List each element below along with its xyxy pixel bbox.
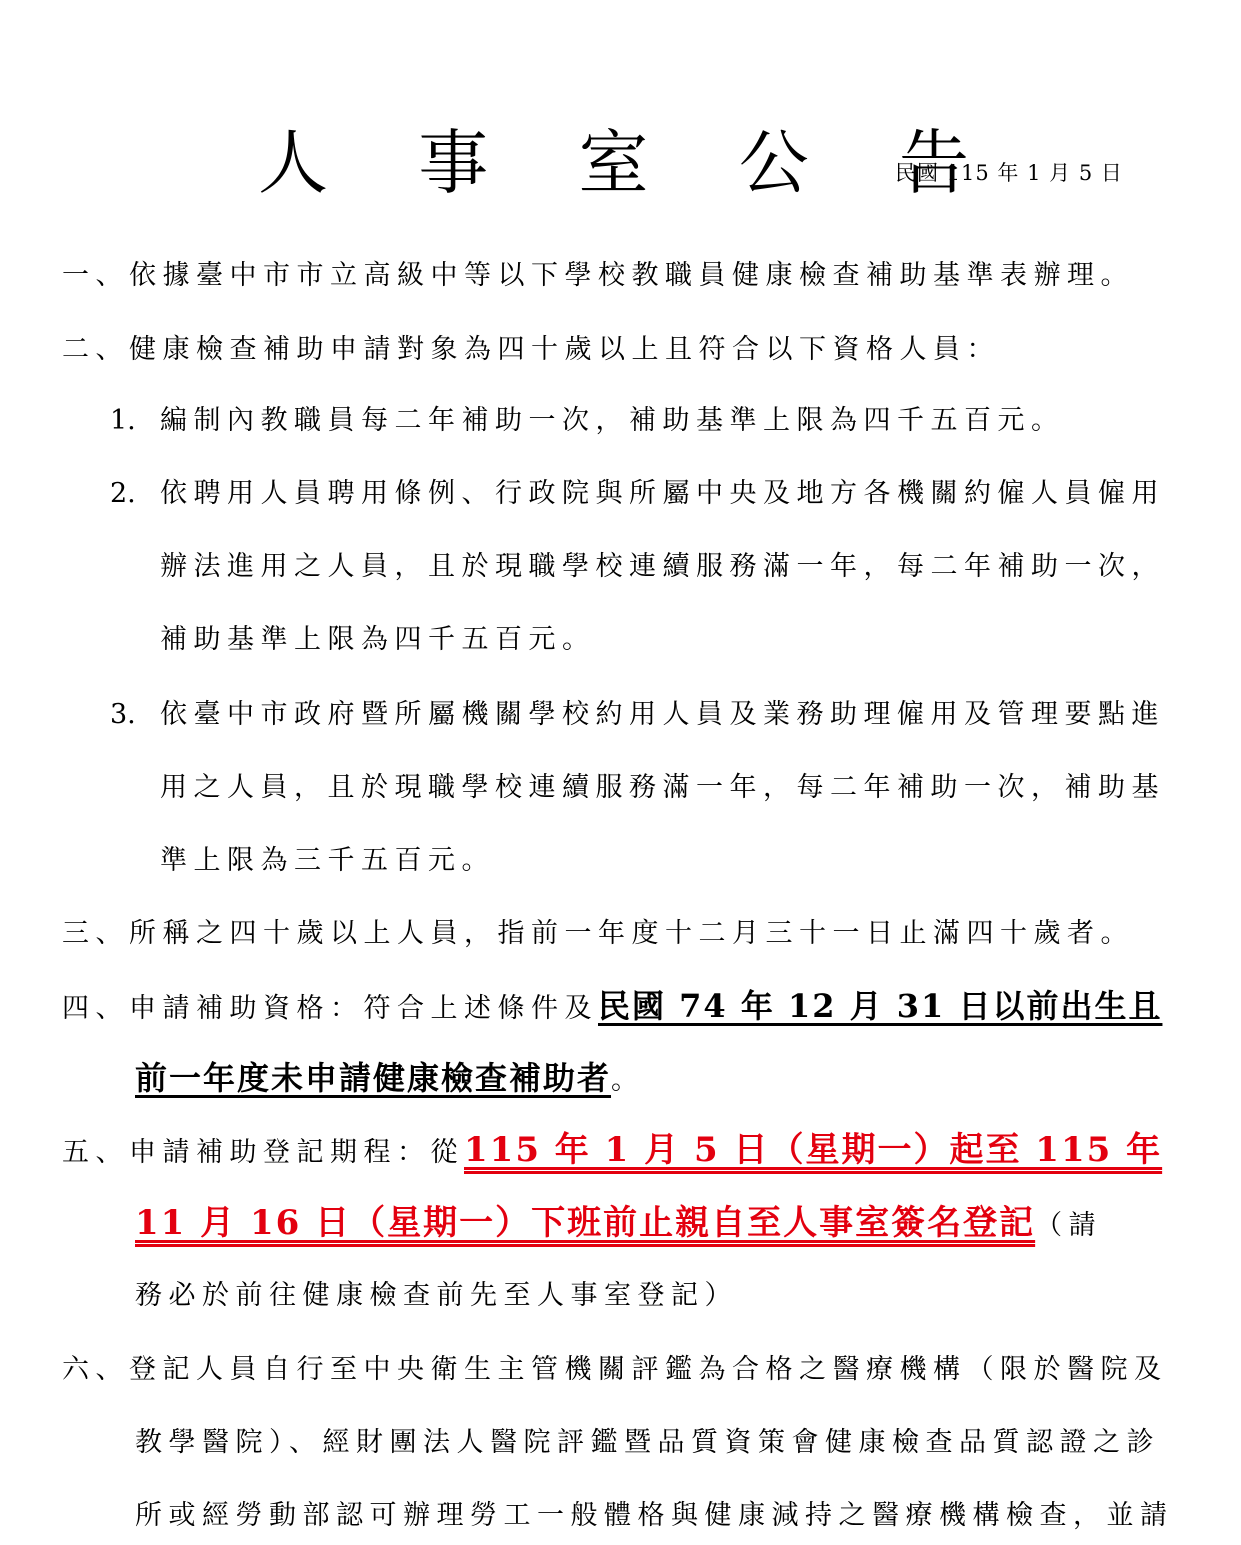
announcement-date: 民國 115 年 1 月 5 日 [895,158,1123,188]
registration-period-red: 115 年 1 月 5 日（星期一）起至 115 年 [464,1130,1162,1170]
page-title: 人 事 室 公 告 [258,118,1003,208]
item-text: 申請補助登記期程：從 [129,1137,464,1168]
item-1: 一、依據臺中市市立高級中等以下學校教職員健康檢查補助基準表辦理。 [62,258,1134,294]
item-3: 三、所稱之四十歲以上人員，指前一年度十二月三十一日止滿四十歲者。 [62,916,1134,952]
sub-item-1: 1.編制內教職員每二年補助一次，補助基準上限為四千五百元。 [110,403,1065,439]
item-number: 三、 [62,916,129,952]
item-6: 六、登記人員自行至中央衛生主管機關評鑑為合格之醫療機構（限於醫院及 [62,1352,1168,1388]
item-5-line-2: 11 月 16 日（星期一）下班前止親自至人事室簽名登記（請 [135,1205,1102,1244]
item-number: 一、 [62,258,129,294]
sub-item-3: 3.依臺中市政府暨所屬機關學校約用人員及業務助理僱用及管理要點進 [110,697,1165,733]
item-number: 五、 [62,1135,129,1171]
sub-item-number: 1. [110,403,160,439]
eligibility-emphasis: 民國 74 年 12 月 31 日以前出生且 [598,987,1162,1025]
sub-item-number: 3. [110,697,160,733]
sub-item-2: 2.依聘用人員聘用條例、行政院與所屬中央及地方各機關約僱人員僱用 [110,476,1165,512]
item-text: 依據臺中市市立高級中等以下學校教職員健康檢查補助基準表辦理。 [129,260,1134,291]
item-text: 登記人員自行至中央衛生主管機關評鑑為合格之醫療機構（限於醫院及 [129,1354,1168,1385]
sub-item-text: 依臺中市政府暨所屬機關學校約用人員及業務助理僱用及管理要點進 [160,699,1165,730]
item-text: 健康檢查補助申請對象為四十歲以上且符合以下資格人員： [129,334,1000,365]
item-number: 四、 [62,991,129,1027]
sub-item-2-line-3: 補助基準上限為四千五百元。 [160,622,596,658]
item-4-line-2: 前一年度未申請健康檢查補助者。 [135,1060,645,1099]
period: 。 [611,1065,645,1096]
item-6-line-3: 所或經勞動部認可辦理勞工一般體格與健康減持之醫療機構檢查，並請 [135,1498,1174,1534]
note-open: （請 [1035,1210,1102,1241]
sub-item-text: 依聘用人員聘用條例、行政院與所屬中央及地方各機關約僱人員僱用 [160,478,1165,509]
sub-item-3-line-2: 用之人員，且於現職學校連續服務滿一年，每二年補助一次，補助基 [160,770,1165,806]
item-text: 申請補助資格：符合上述條件及 [129,993,598,1024]
item-text: 所稱之四十歲以上人員，指前一年度十二月三十一日止滿四十歲者。 [129,918,1134,949]
sub-item-2-line-2: 辦法進用之人員，且於現職學校連續服務滿一年，每二年補助一次， [160,549,1165,585]
item-4: 四、申請補助資格：符合上述條件及民國 74 年 12 月 31 日以前出生且 [62,988,1162,1027]
sub-item-3-line-3: 準上限為三千五百元。 [160,843,495,879]
eligibility-emphasis-2: 前一年度未申請健康檢查補助者 [135,1059,611,1097]
item-6-line-2: 教學醫院）、經財團法人醫院評鑑暨品質資策會健康檢查品質認證之診 [135,1425,1160,1461]
item-number: 二、 [62,332,129,368]
item-5: 五、申請補助登記期程：從115 年 1 月 5 日（星期一）起至 115 年 [62,1132,1162,1171]
registration-period-red-2: 11 月 16 日（星期一）下班前止親自至人事室簽名登記 [135,1203,1035,1243]
item-2: 二、健康檢查補助申請對象為四十歲以上且符合以下資格人員： [62,332,1000,368]
item-number: 六、 [62,1352,129,1388]
item-5-line-3: 務必於前往健康檢查前先至人事室登記） [135,1278,738,1314]
sub-item-text: 編制內教職員每二年補助一次，補助基準上限為四千五百元。 [160,405,1065,436]
sub-item-number: 2. [110,476,160,512]
